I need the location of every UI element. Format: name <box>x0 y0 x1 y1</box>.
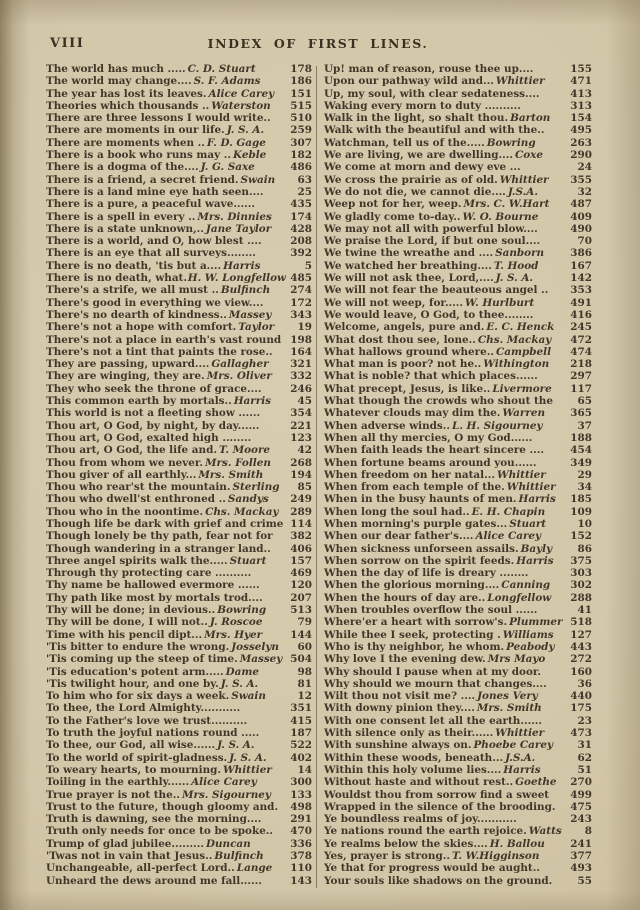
entry-author: Mrs. Sigourney <box>180 789 271 801</box>
entry-page-number: 518 <box>566 616 592 628</box>
entry-author: J. S. A. <box>219 678 258 690</box>
entry-author: J. G. Saxe <box>199 161 255 173</box>
entry-first-line: This world is not a fleeting show ...... <box>46 407 260 419</box>
entry-first-line: We watched her breathing.... <box>324 260 492 272</box>
entry-first-line: When morning's purple gates... <box>324 518 507 530</box>
index-entry: Without haste and without rest..Goethe27… <box>324 776 592 788</box>
index-entry: There is a pure, a peaceful wave......43… <box>46 198 312 210</box>
index-entry: Thou who dwell'st enthroned ..Sandys249 <box>46 493 312 505</box>
entry-first-line: When the hours of day are.. <box>324 592 485 604</box>
index-entry: Thou giver of all earthly...Mrs. Smith19… <box>46 469 312 481</box>
index-entry: Three angel spirits walk the.....Stuart1… <box>46 555 312 567</box>
entry-first-line: There is a land mine eye hath seen.... <box>46 186 263 198</box>
index-entry: There's a strife, we all must ..Bulfinch… <box>46 284 312 296</box>
entry-author: T. W.Higginson <box>450 850 539 862</box>
index-entry: With downy pinion they....Mrs. Smith175 <box>324 702 592 714</box>
entry-author: J.S.A. <box>506 186 538 198</box>
entry-first-line: Unchangeable, all-perfect Lord.. <box>46 862 235 874</box>
index-entry: Up, my soul, with clear sedateness....41… <box>324 88 592 100</box>
entry-page-number: 114 <box>286 518 312 530</box>
entry-first-line: To weary hearts, to mourning. <box>46 764 221 776</box>
entry-author: Watts <box>527 825 562 837</box>
page-header: VIII INDEX OF FIRST LINES. <box>46 36 590 54</box>
entry-page-number: 307 <box>286 137 312 149</box>
entry-first-line: Theories which thousands .. <box>46 100 209 112</box>
entry-first-line: Within this holy volume lies.... <box>324 764 501 776</box>
entry-first-line: There is no death, 'tis but a.... <box>46 260 221 272</box>
entry-page-number: 172 <box>286 297 312 309</box>
entry-page-number: 349 <box>566 457 592 469</box>
entry-author: J. S. A. <box>215 739 254 751</box>
entry-page-number: 10 <box>566 518 592 530</box>
entry-first-line: We would leave, O God, to thee........ <box>324 309 533 321</box>
entry-page-number: 81 <box>286 678 312 690</box>
entry-page-number: 55 <box>566 875 592 887</box>
index-entry: There's not a place in earth's vast roun… <box>46 334 312 346</box>
entry-page-number: 515 <box>286 100 312 112</box>
index-entry: There is a world, and O, how blest ....2… <box>46 235 312 247</box>
entry-first-line: Truth only needs for once to be spoke.. <box>46 825 273 837</box>
entry-page-number: 198 <box>286 334 312 346</box>
entry-author: H. Ballou <box>488 838 545 850</box>
index-entry: 'Tis twilight hour, and one by.J. S. A.8… <box>46 678 312 690</box>
entry-page-number: 291 <box>286 813 312 825</box>
entry-page-number: 375 <box>566 555 592 567</box>
index-entry: When troubles overflow the soul ......41 <box>324 604 592 616</box>
entry-page-number: 522 <box>286 739 312 751</box>
entry-first-line: Toiling in the earthly...... <box>46 776 189 788</box>
index-entry: When the hours of day are..Longfellow288 <box>324 592 592 604</box>
index-entry: There is a dogma of the....J. G. Saxe486 <box>46 161 312 173</box>
index-entry: This world is not a fleeting show ......… <box>46 407 312 419</box>
entry-page-number: 62 <box>566 752 592 764</box>
entry-first-line: While thee I seek, protecting . <box>324 629 501 641</box>
index-entry: With one consent let all the earth......… <box>324 715 592 727</box>
entry-page-number: 188 <box>566 432 592 444</box>
index-entry: Thy name be hallowed evermore ......120 <box>46 579 312 591</box>
entry-first-line: When the day of life is dreary ........ <box>324 567 528 579</box>
entry-page-number: 473 <box>566 727 592 739</box>
entry-author: E. C. Henck <box>484 321 554 333</box>
entry-first-line: Thou who rear'st the mountain. <box>46 481 230 493</box>
entry-page-number: 63 <box>286 174 312 186</box>
entry-author: J.S.A. <box>503 752 535 764</box>
entry-page-number: 154 <box>566 112 592 124</box>
index-entry: Thou who rear'st the mountain.Sterling85 <box>46 481 312 493</box>
index-entry: Ye nations round the earth rejoice.Watts… <box>324 825 592 837</box>
index-entry: Thy path like most by mortals trod....20… <box>46 592 312 604</box>
index-entry: To thee, our God, all wise......J. S. A.… <box>46 739 312 751</box>
entry-page-number: 178 <box>286 63 312 75</box>
index-entry: To truth the joyful nations round .....1… <box>46 727 312 739</box>
entry-page-number: 402 <box>286 752 312 764</box>
entry-first-line: Where'er a heart with sorrow's. <box>324 616 507 628</box>
entry-first-line: Ye boundless realms of joy........... <box>324 813 517 825</box>
entry-author: Harris <box>221 260 260 272</box>
entry-page-number: 167 <box>566 260 592 272</box>
entry-first-line: Ye nations round the earth rejoice. <box>324 825 527 837</box>
index-entry: We will not ask thee, Lord,....J. S. A.1… <box>324 272 592 284</box>
entry-author: H. W. Longfellow <box>186 272 286 284</box>
index-entry: 'Tis coming up the steep of time.Massey5… <box>46 653 312 665</box>
entry-first-line: Truth is dawning, see the morning.... <box>46 813 261 825</box>
entry-first-line: Up, my soul, with clear sedateness.... <box>324 88 540 100</box>
index-entry: Watchman, tell us of the.....Bowring263 <box>324 137 592 149</box>
index-entry: There is no death, 'tis but a....Harris5 <box>46 260 312 272</box>
entry-first-line: Within these woods, beneath... <box>324 752 503 764</box>
entry-first-line: True prayer is not the.. <box>46 789 180 801</box>
entry-page-number: 51 <box>566 764 592 776</box>
entry-author: W. Hurlburt <box>463 297 534 309</box>
entry-author: Harris <box>514 555 553 567</box>
entry-page-number: 332 <box>286 370 312 382</box>
entry-page-number: 413 <box>566 88 592 100</box>
entry-page-number: 160 <box>566 666 592 678</box>
entry-first-line: Up! man of reason, rouse thee up.... <box>324 63 533 75</box>
index-entry: Welcome, angels, pure and.E. C. Henck245 <box>324 321 592 333</box>
index-entry: Upon our pathway wild and...Whittier471 <box>324 75 592 87</box>
entry-first-line: When long the soul had.. <box>324 506 470 518</box>
index-entry: What hallows ground where..Campbell474 <box>324 346 592 358</box>
entry-page-number: 207 <box>286 592 312 604</box>
entry-first-line: Thou art, O God, exalted high ........ <box>46 432 251 444</box>
index-entry: We may not all with powerful blow....490 <box>324 223 592 235</box>
entry-page-number: 142 <box>566 272 592 284</box>
index-entry: Toiling in the earthly......Alice Carey3… <box>46 776 312 788</box>
entry-page-number: 70 <box>566 235 592 247</box>
index-entry: When all thy mercies, O my God......188 <box>324 432 592 444</box>
index-entry: Thou art, O God, exalted high ........12… <box>46 432 312 444</box>
index-entry: Waking every morn to duty ..........313 <box>324 100 592 112</box>
entry-page-number: 246 <box>286 383 312 395</box>
index-entry: Theories which thousands ..Waterston515 <box>46 100 312 112</box>
entry-first-line: Yes, prayer is strong.. <box>324 850 450 862</box>
entry-page-number: 493 <box>566 862 592 874</box>
index-entry: To thee, the Lord Almighty...........351 <box>46 702 312 714</box>
entry-author: Williams <box>501 629 554 641</box>
index-entry: When sorrow on the spirit feeds.Harris37… <box>324 555 592 567</box>
entry-first-line: Walk with the beautiful and with the.. <box>324 124 544 136</box>
entry-page-number: 377 <box>566 850 592 862</box>
entry-page-number: 25 <box>286 186 312 198</box>
entry-first-line: Thy path like most by mortals trod.... <box>46 592 263 604</box>
entry-page-number: 343 <box>286 309 312 321</box>
entry-page-number: 182 <box>286 149 312 161</box>
entry-author: Mrs. Smith <box>196 469 263 481</box>
entry-first-line: Though lonely be thy path, fear not for <box>46 530 273 542</box>
entry-first-line: There is a friend, a secret friend. <box>46 174 239 186</box>
entry-page-number: 354 <box>286 407 312 419</box>
entry-page-number: 472 <box>566 334 592 346</box>
entry-author: Whittier <box>493 727 544 739</box>
entry-page-number: 355 <box>566 174 592 186</box>
entry-first-line: When sickness unforseen assails. <box>324 543 519 555</box>
entry-page-number: 469 <box>286 567 312 579</box>
entry-first-line: Welcome, angels, pure and. <box>324 321 484 333</box>
entry-first-line: Why should we mourn that changes.... <box>324 678 547 690</box>
entry-first-line: With one consent let all the earth...... <box>324 715 542 727</box>
index-entry: What is noble? that which places......29… <box>324 370 592 382</box>
entry-author: Harris <box>501 764 540 776</box>
entry-page-number: 45 <box>286 395 312 407</box>
entry-page-number: 32 <box>566 186 592 198</box>
entry-page-number: 19 <box>286 321 312 333</box>
entry-first-line: Thou from whom we never. <box>46 457 203 469</box>
index-entry: When faith leads the heart sincere ....4… <box>324 444 592 456</box>
entry-first-line: What precept, Jesus, is like.. <box>324 383 490 395</box>
entry-author: J. Roscoe <box>208 616 263 628</box>
index-entry: There is a book who runs may ..Keble182 <box>46 149 312 161</box>
index-entry: Truth only needs for once to be spoke..4… <box>46 825 312 837</box>
entry-first-line: Who is thy neighbor, he whom. <box>324 641 504 653</box>
entry-first-line: There is a state unknown,.. <box>46 223 204 235</box>
entry-first-line: This common earth by mortals.. <box>46 395 232 407</box>
entry-first-line: We cross the prairie as of old. <box>324 174 498 186</box>
index-entry: What dost thou see, lone..Chs. Mackay472 <box>324 334 592 346</box>
index-entry: Ye realms below the skies....H. Ballou24… <box>324 838 592 850</box>
entry-author: Whittier <box>498 174 549 186</box>
entry-author: Mrs. Oliver <box>205 370 272 382</box>
entry-page-number: 289 <box>286 506 312 518</box>
entry-author: Sandys <box>226 493 269 505</box>
entry-first-line: When in the busy haunts of men. <box>324 493 517 505</box>
index-entry: There's no dearth of kindness..Massey343 <box>46 309 312 321</box>
index-entry: With sunshine always on.Phoebe Carey31 <box>324 739 592 751</box>
entry-author: E. H. Chapin <box>470 506 546 518</box>
entry-first-line: Wilt thou not visit me? .... <box>324 690 475 702</box>
page-edge-shadow-right <box>606 0 640 910</box>
entry-page-number: 174 <box>286 211 312 223</box>
index-entry: Thou art, O God, by night, by day......2… <box>46 420 312 432</box>
index-entry: There's good in everything we view....17… <box>46 297 312 309</box>
entry-first-line: With downy pinion they.... <box>324 702 475 714</box>
entry-first-line: What though the crowds who shout the <box>324 395 553 407</box>
entry-author: Mrs. Smith <box>475 702 542 714</box>
entry-first-line: Thou art, O God, the life and. <box>46 444 217 456</box>
entry-author: Whittier <box>494 75 545 87</box>
entry-author: C. D. Stuart <box>186 63 256 75</box>
entry-page-number: 470 <box>286 825 312 837</box>
entry-author: Peabody <box>504 641 554 653</box>
book-page: VIII INDEX OF FIRST LINES. The world has… <box>0 0 640 910</box>
entry-page-number: 353 <box>566 284 592 296</box>
index-entry: Why should I pause when at my door.160 <box>324 666 592 678</box>
entry-page-number: 185 <box>566 493 592 505</box>
entry-page-number: 5 <box>286 260 312 272</box>
index-entry: Thou from whom we never.Mrs. Follen268 <box>46 457 312 469</box>
entry-first-line: We twine the wreathe and .... <box>324 247 493 259</box>
index-entry: Thy will be done; in devious..Bowring513 <box>46 604 312 616</box>
entry-page-number: 288 <box>566 592 592 604</box>
entry-page-number: 12 <box>286 690 312 702</box>
index-entry: When the glorious morning....Canning302 <box>324 579 592 591</box>
index-entry: When from each temple of the.Whittier34 <box>324 481 592 493</box>
entry-page-number: 313 <box>566 100 592 112</box>
entry-first-line: 'Tis coming up the steep of time. <box>46 653 238 665</box>
entry-author: Barton <box>508 112 550 124</box>
entry-first-line: 'Twas not in vain that Jesus.. <box>46 850 212 862</box>
entry-first-line: When freedom on her natal... <box>324 469 495 481</box>
entry-first-line: 'Tis twilight hour, and one by. <box>46 678 219 690</box>
entry-first-line: Ye realms below the skies.... <box>324 838 488 850</box>
index-entry: We watched her breathing....T. Hood167 <box>324 260 592 272</box>
page-gutter-shadow <box>0 0 30 910</box>
page-edge-shadow-top <box>0 0 640 26</box>
entry-first-line: What is noble? that which places...... <box>324 370 538 382</box>
entry-first-line: There's a strife, we all must .. <box>46 284 219 296</box>
entry-author: Whittier <box>495 469 546 481</box>
entry-first-line: When faith leads the heart sincere .... <box>324 444 544 456</box>
entry-author: Mrs. C. W.Hart <box>462 198 550 210</box>
entry-page-number: 485 <box>286 272 312 284</box>
entry-page-number: 175 <box>566 702 592 714</box>
entry-page-number: 499 <box>566 789 592 801</box>
entry-page-number: 123 <box>286 432 312 444</box>
entry-first-line: When adverse winds.. <box>324 420 450 432</box>
index-entry: Wouldst thou from sorrow find a sweet499 <box>324 789 592 801</box>
index-entry: When freedom on her natal...Whittier29 <box>324 469 592 481</box>
entry-author: J. S. A. <box>227 752 266 764</box>
entry-page-number: 8 <box>566 825 592 837</box>
entry-page-number: 14 <box>286 764 312 776</box>
entry-author: Campbell <box>494 346 551 358</box>
entry-page-number: 144 <box>286 629 312 641</box>
entry-first-line: When sorrow on the spirit feeds. <box>324 555 514 567</box>
entry-page-number: 34 <box>566 481 592 493</box>
entry-page-number: 110 <box>286 862 312 874</box>
entry-first-line: There are three lessons I would write.. <box>46 112 271 124</box>
entry-first-line: Wouldst thou from sorrow find a sweet <box>324 789 549 801</box>
entry-page-number: 513 <box>286 604 312 616</box>
entry-author: Stuart <box>507 518 546 530</box>
entry-first-line: Thou who in the noontime. <box>46 506 203 518</box>
entry-author: Dame <box>224 666 259 678</box>
entry-page-number: 495 <box>566 124 592 136</box>
entry-page-number: 386 <box>566 247 592 259</box>
index-entry: We will not fear the beauteous angel ..3… <box>324 284 592 296</box>
entry-author: Plummer <box>507 616 562 628</box>
entry-page-number: 243 <box>566 813 592 825</box>
entry-first-line: We will not fear the beauteous angel .. <box>324 284 548 296</box>
index-entry: This common earth by mortals..Harris45 <box>46 395 312 407</box>
index-entry: When long the soul had..E. H. Chapin109 <box>324 506 592 518</box>
entry-author: Whittier <box>221 764 272 776</box>
entry-page-number: 42 <box>286 444 312 456</box>
index-entry: Wilt thou not visit me? ....Jones Very44… <box>324 690 592 702</box>
entry-author: Josselyn <box>229 641 279 653</box>
index-entry: When morning's purple gates...Stuart10 <box>324 518 592 530</box>
entry-first-line: There are moments in our life. <box>46 124 225 136</box>
index-entry: There is no death, what.H. W. Longfellow… <box>46 272 312 284</box>
entry-page-number: 486 <box>286 161 312 173</box>
entry-first-line: The world may change.... <box>46 75 192 87</box>
index-entry: 'Tis bitter to endure the wrong.Josselyn… <box>46 641 312 653</box>
entry-author: Alice Carey <box>207 88 275 100</box>
index-entry: Who is thy neighbor, he whom.Peabody443 <box>324 641 592 653</box>
entry-first-line: Watchman, tell us of the..... <box>324 137 485 149</box>
entry-first-line: They are winging, they are. <box>46 370 205 382</box>
entry-author: Swain <box>229 690 266 702</box>
index-entry: To the Father's love we trust..........4… <box>46 715 312 727</box>
entry-first-line: With silence only as their...... <box>324 727 493 739</box>
index-entry: Time with his pencil dipt...Mrs. Hyer144 <box>46 629 312 641</box>
entry-first-line: There is a spell in every .. <box>46 211 195 223</box>
entry-page-number: 98 <box>286 666 312 678</box>
index-entry: Why should we mourn that changes....36 <box>324 678 592 690</box>
index-entry: There is a friend, a secret friend.Swain… <box>46 174 312 186</box>
index-entry: What man is poor? not he..Withington218 <box>324 358 592 370</box>
entry-first-line: We will not ask thee, Lord,.... <box>324 272 494 284</box>
entry-first-line: Time with his pencil dipt... <box>46 629 202 641</box>
entry-first-line: When the glorious morning.... <box>324 579 499 591</box>
index-entry: Whatever clouds may dim the.Warren365 <box>324 407 592 419</box>
entry-first-line: Without haste and without rest.. <box>324 776 513 788</box>
index-column-left: The world has much .....C. D. Stuart178T… <box>46 63 312 891</box>
entry-first-line: 'Tis education's potent arm..... <box>46 666 224 678</box>
entry-author: Bulfinch <box>219 284 270 296</box>
entry-page-number: 218 <box>566 358 592 370</box>
index-entry: The year has lost its leaves.Alice Carey… <box>46 88 312 100</box>
entry-author: Coxe <box>513 149 543 161</box>
index-entry: We cross the prairie as of old.Whittier3… <box>324 174 592 186</box>
entry-first-line: They who seek the throne of grace.... <box>46 383 262 395</box>
index-entry: True prayer is not the..Mrs. Sigourney13… <box>46 789 312 801</box>
entry-author: Jones Very <box>475 690 538 702</box>
entry-first-line: Why should I pause when at my door. <box>324 666 541 678</box>
entry-first-line: There's not a hope with comfort. <box>46 321 236 333</box>
index-entry: We twine the wreathe and ....Sanborn386 <box>324 247 592 259</box>
entry-first-line: Thou giver of all earthly... <box>46 469 196 481</box>
entry-first-line: Wrapped in the silence of the brooding. <box>324 801 555 813</box>
entry-page-number: 392 <box>286 247 312 259</box>
entry-first-line: When fortune beams around you...... <box>324 457 536 469</box>
entry-first-line: When all thy mercies, O my God...... <box>324 432 532 444</box>
index-entry: There are three lessons I would write..5… <box>46 112 312 124</box>
entry-author: J. S. A. <box>225 124 264 136</box>
entry-page-number: 290 <box>566 149 592 161</box>
index-entry: Unchangeable, all-perfect Lord..Lange110 <box>46 862 312 874</box>
entry-author: Bulfinch <box>212 850 263 862</box>
entry-first-line: There's not a place in earth's vast roun… <box>46 334 281 346</box>
entry-page-number: 272 <box>566 653 592 665</box>
entry-first-line: Your souls like shadows on the ground. <box>324 875 552 887</box>
entry-page-number: 300 <box>286 776 312 788</box>
entry-page-number: 133 <box>286 789 312 801</box>
page-title: INDEX OF FIRST LINES. <box>46 36 590 51</box>
index-entry: While thee I seek, protecting .Williams1… <box>324 629 592 641</box>
entry-first-line: 'Tis bitter to endure the wrong. <box>46 641 229 653</box>
entry-page-number: 60 <box>286 641 312 653</box>
entry-page-number: 454 <box>566 444 592 456</box>
index-entry: There are moments in our life.J. S. A.25… <box>46 124 312 136</box>
index-entry: Unheard the dews around me fall......143 <box>46 875 312 887</box>
entry-first-line: When our dear father's.... <box>324 530 473 542</box>
entry-page-number: 435 <box>286 198 312 210</box>
entry-page-number: 263 <box>566 137 592 149</box>
entry-first-line: Through thy protecting care .......... <box>46 567 251 579</box>
entry-author: Sterling <box>230 481 279 493</box>
entry-page-number: 187 <box>286 727 312 739</box>
entry-author: W. O. Bourne <box>460 211 538 223</box>
entry-page-number: 409 <box>566 211 592 223</box>
index-entry: The world may change....S. F. Adams186 <box>46 75 312 87</box>
index-entry: Truth is dawning, see the morning....291 <box>46 813 312 825</box>
entry-page-number: 37 <box>566 420 592 432</box>
entry-page-number: 259 <box>286 124 312 136</box>
index-entry: Thou art, O God, the life and.T. Moore42 <box>46 444 312 456</box>
index-entry: Yes, prayer is strong..T. W.Higginson377 <box>324 850 592 862</box>
index-entry: Within these woods, beneath...J.S.A.62 <box>324 752 592 764</box>
